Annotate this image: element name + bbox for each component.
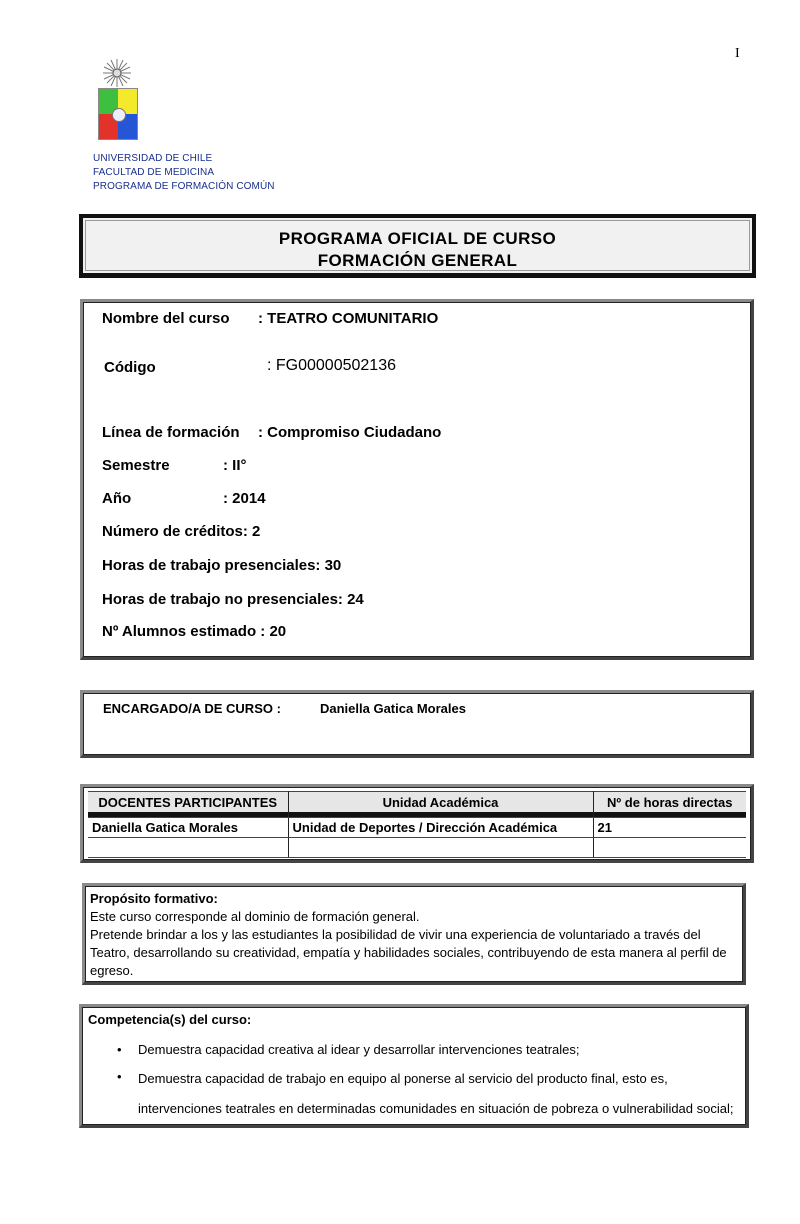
column-header-horas: Nº de horas directas <box>593 792 746 813</box>
institution-header: UNIVERSIDAD DE CHILE FACULTAD DE MEDICIN… <box>93 152 275 194</box>
proposito-heading: Propósito formativo: <box>90 890 734 908</box>
cell-docente: Daniella Gatica Morales <box>88 818 288 838</box>
competencias-list: • Demuestra capacidad creativa al idear … <box>82 1037 745 1124</box>
crest-seal-icon <box>112 108 126 122</box>
field-value: : 2014 <box>223 490 266 507</box>
field-value: : II° <box>223 457 247 474</box>
field-label: Semestre <box>102 457 170 474</box>
field-creditos: Número de créditos: 2 <box>102 523 260 540</box>
encargado-box: ENCARGADO/A DE CURSO : Daniella Gatica M… <box>80 690 754 758</box>
docentes-table: DOCENTES PARTICIPANTES Unidad Académica … <box>88 791 746 858</box>
list-item: • Demuestra capacidad de trabajo en equi… <box>82 1064 745 1124</box>
field-linea-formacion: Línea de formación : Compromiso Ciudadan… <box>102 424 240 441</box>
cell-docente <box>88 838 288 858</box>
cell-unidad: Unidad de Deportes / Dirección Académica <box>288 818 593 838</box>
field-horas-no-presenciales: Horas de trabajo no presenciales: 24 <box>102 591 364 608</box>
field-label: Código <box>104 359 156 376</box>
list-item: • Demuestra capacidad creativa al idear … <box>82 1037 745 1062</box>
table-row: Daniella Gatica Morales Unidad de Deport… <box>88 818 746 838</box>
proposito-line: Pretende brindar a los y las estudiantes… <box>90 926 734 980</box>
university-crest-logo <box>96 58 138 142</box>
field-label: Año <box>102 490 131 507</box>
institution-line: PROGRAMA DE FORMACIÓN COMÚN <box>93 180 275 194</box>
encargado-value: Daniella Gatica Morales <box>320 701 466 716</box>
competencia-text: Demuestra capacidad de trabajo en equipo… <box>138 1064 745 1124</box>
field-semestre: Semestre : II° <box>102 457 170 474</box>
proposito-line: Este curso corresponde al dominio de for… <box>90 908 734 926</box>
field-anio: Año : 2014 <box>102 490 131 507</box>
field-value: : FG00000502136 <box>267 357 396 375</box>
proposito-formativo-box: Propósito formativo: Este curso correspo… <box>82 883 746 985</box>
star-icon <box>102 58 132 88</box>
field-alumnos-estimado: Nº Alumnos estimado : 20 <box>102 623 286 640</box>
field-codigo: Código : FG00000502136 <box>104 359 156 376</box>
column-header-unidad: Unidad Académica <box>288 792 593 813</box>
institution-line: FACULTAD DE MEDICINA <box>93 166 275 180</box>
page-number: I <box>735 46 740 62</box>
field-label: Nombre del curso <box>102 310 230 327</box>
field-value: : Compromiso Ciudadano <box>258 424 441 441</box>
document-title-box: PROGRAMA OFICIAL DE CURSO FORMACIÓN GENE… <box>79 214 756 278</box>
table-row <box>88 838 746 858</box>
bullet-icon: • <box>117 1064 122 1089</box>
field-horas-presenciales: Horas de trabajo presenciales: 30 <box>102 557 341 574</box>
column-header-docentes: DOCENTES PARTICIPANTES <box>88 792 288 813</box>
institution-line: UNIVERSIDAD DE CHILE <box>93 152 275 166</box>
field-nombre-curso: Nombre del curso : TEATRO COMUNITARIO <box>102 310 230 327</box>
competencias-box: Competencia(s) del curso: • Demuestra ca… <box>79 1004 749 1128</box>
title-inner-frame: PROGRAMA OFICIAL DE CURSO FORMACIÓN GENE… <box>85 220 750 271</box>
encargado-label: ENCARGADO/A DE CURSO : <box>103 701 281 716</box>
field-value: : TEATRO COMUNITARIO <box>258 310 438 327</box>
course-info-box: Nombre del curso : TEATRO COMUNITARIO Có… <box>80 299 754 660</box>
document-title: PROGRAMA OFICIAL DE CURSO <box>86 228 749 250</box>
proposito-text: Propósito formativo: Este curso correspo… <box>90 890 734 980</box>
competencias-heading: Competencia(s) del curso: <box>88 1012 251 1027</box>
table-header-row: DOCENTES PARTICIPANTES Unidad Académica … <box>88 792 746 813</box>
bullet-icon: • <box>117 1037 122 1062</box>
crest-shield <box>98 88 138 140</box>
document-subtitle: FORMACIÓN GENERAL <box>86 250 749 272</box>
cell-horas <box>593 838 746 858</box>
docentes-table-box: DOCENTES PARTICIPANTES Unidad Académica … <box>80 784 754 863</box>
competencia-text: Demuestra capacidad creativa al idear y … <box>138 1042 580 1057</box>
field-label: Línea de formación <box>102 424 240 441</box>
cell-unidad <box>288 838 593 858</box>
cell-horas: 21 <box>593 818 746 838</box>
